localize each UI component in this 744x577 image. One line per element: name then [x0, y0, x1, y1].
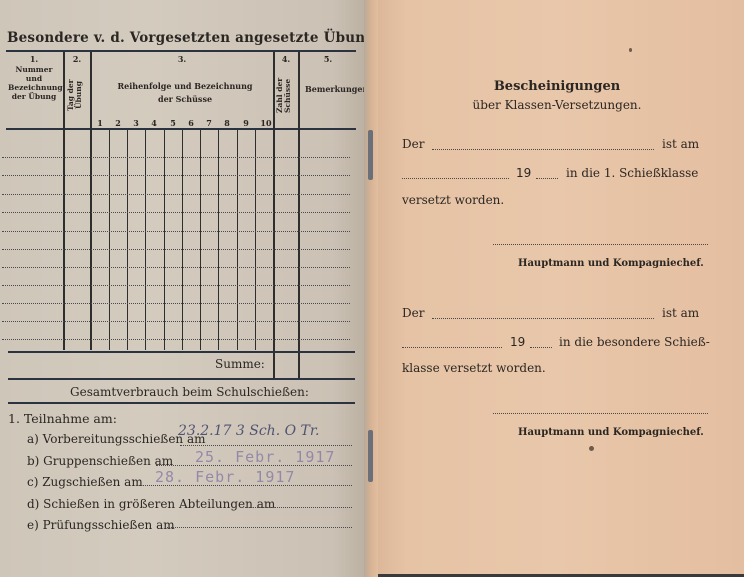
cert2-class-text: in die besondere Schieß- [559, 335, 710, 349]
cert1-closing: versetzt worden. [402, 193, 504, 207]
paper-blemish [629, 48, 632, 52]
participation-value-a: 23.2.17 3 Sch. O Tr. [178, 423, 319, 439]
shot-number-6: 6 [185, 118, 197, 128]
shot-divider [109, 130, 110, 350]
cert2-signature-label: Hauptmann und Kompagniechef. [518, 427, 704, 438]
cert2-der: Der [402, 306, 424, 320]
participation-heading: 1. Teilnahme am: [8, 411, 117, 426]
staple-top [368, 130, 373, 180]
table-row[interactable] [2, 175, 350, 176]
participation-value-b: 25. Febr. 1917 [195, 448, 335, 466]
left-page: Besondere v. d. Vorgesetzten angesetzte … [0, 0, 370, 577]
table-row[interactable] [2, 249, 350, 250]
cert2-name-field[interactable] [432, 318, 654, 319]
table-row[interactable] [2, 321, 350, 322]
col3-label: Reihenfolge und Bezeichnung der Schüsse [110, 80, 260, 106]
shot-divider [164, 130, 165, 350]
cert1-ist-am: ist am [662, 137, 699, 151]
shot-number-10: 10 [259, 118, 273, 128]
table-row[interactable] [2, 339, 350, 340]
cert1-class-text: in die 1. Schießklasse [566, 166, 698, 180]
cert1-signature-field[interactable] [493, 244, 708, 245]
book-spine [364, 0, 378, 577]
participation-value-c: 28. Febr. 1917 [155, 468, 295, 486]
shot-divider [127, 130, 128, 350]
shot-divider [237, 130, 238, 350]
shot-number-9: 9 [240, 118, 252, 128]
cert2-ist-am: ist am [662, 306, 699, 320]
paper-blemish [589, 446, 594, 451]
col5-label: Bemerkungen [305, 84, 351, 95]
cert2-year-field[interactable] [530, 347, 552, 348]
right-page-title: Bescheinigungen [370, 79, 744, 94]
table-row[interactable] [2, 157, 350, 158]
shot-number-2: 2 [112, 118, 124, 128]
participation-field-e[interactable] [165, 527, 352, 528]
col2-number: 2. [64, 55, 90, 64]
sum-rule [8, 378, 355, 380]
right-page: Bescheinigungen über Klassen-Versetzunge… [370, 0, 744, 574]
col2-label: Tag der Übung [67, 68, 87, 123]
col4-number: 4. [274, 55, 298, 64]
participation-label-b: b) Gruppenschießen am [27, 454, 173, 468]
shot-number-4: 4 [148, 118, 160, 128]
table-row[interactable] [2, 231, 350, 232]
col3-number: 3. [92, 55, 272, 64]
shot-divider [145, 130, 146, 350]
cert2-closing: klasse versetzt worden. [402, 361, 546, 375]
col-divider [273, 52, 275, 378]
col4-label: Zahl der Schüsse [276, 68, 296, 123]
participation-label-c: c) Zugschießen am [27, 475, 143, 489]
shot-number-1: 1 [94, 118, 106, 128]
participation-label-d: d) Schießen in größeren Abteilungen am [27, 497, 275, 511]
col-divider [90, 52, 92, 350]
col5-number: 5. [300, 55, 356, 64]
cert1-der: Der [402, 137, 424, 151]
table-row[interactable] [2, 212, 350, 213]
table-row[interactable] [2, 267, 350, 268]
sum-label: Summe: [215, 357, 265, 371]
shot-number-3: 3 [130, 118, 142, 128]
participation-label-e: e) Prüfungsschießen am [27, 518, 175, 532]
staple-bottom [368, 430, 373, 482]
total-consumption-label: Gesamtverbrauch beim Schulschießen: [70, 385, 309, 399]
cert2-year-prefix: 19 [510, 335, 525, 349]
total-rule [8, 402, 355, 404]
cert2-signature-field[interactable] [493, 413, 708, 414]
shot-number-8: 8 [221, 118, 233, 128]
table-bottom-rule [8, 351, 355, 353]
right-page-subtitle: über Klassen-Versetzungen. [370, 98, 744, 112]
header-rule [6, 128, 356, 130]
col1-label: Nummer und Bezeichnung der Übung [8, 65, 60, 101]
shot-divider [200, 130, 201, 350]
cert2-date-field[interactable] [402, 347, 502, 348]
shot-divider [218, 130, 219, 350]
cert1-name-field[interactable] [432, 149, 654, 150]
col-divider [298, 52, 300, 378]
col1-number: 1. [6, 55, 62, 64]
shot-divider [255, 130, 256, 350]
title-rule [6, 50, 356, 52]
shot-number-7: 7 [203, 118, 215, 128]
cert1-year-field[interactable] [536, 178, 558, 179]
shot-number-5: 5 [167, 118, 179, 128]
table-row[interactable] [2, 285, 350, 286]
participation-field-d[interactable] [245, 507, 352, 508]
participation-field-a[interactable] [180, 445, 352, 446]
cert1-year-prefix: 19 [516, 166, 531, 180]
table-row[interactable] [2, 303, 350, 304]
col-divider [63, 52, 65, 350]
table-row[interactable] [2, 194, 350, 195]
cert1-signature-label: Hauptmann und Kompagniechef. [518, 258, 704, 269]
shot-divider [182, 130, 183, 350]
cert1-date-field[interactable] [402, 178, 509, 179]
